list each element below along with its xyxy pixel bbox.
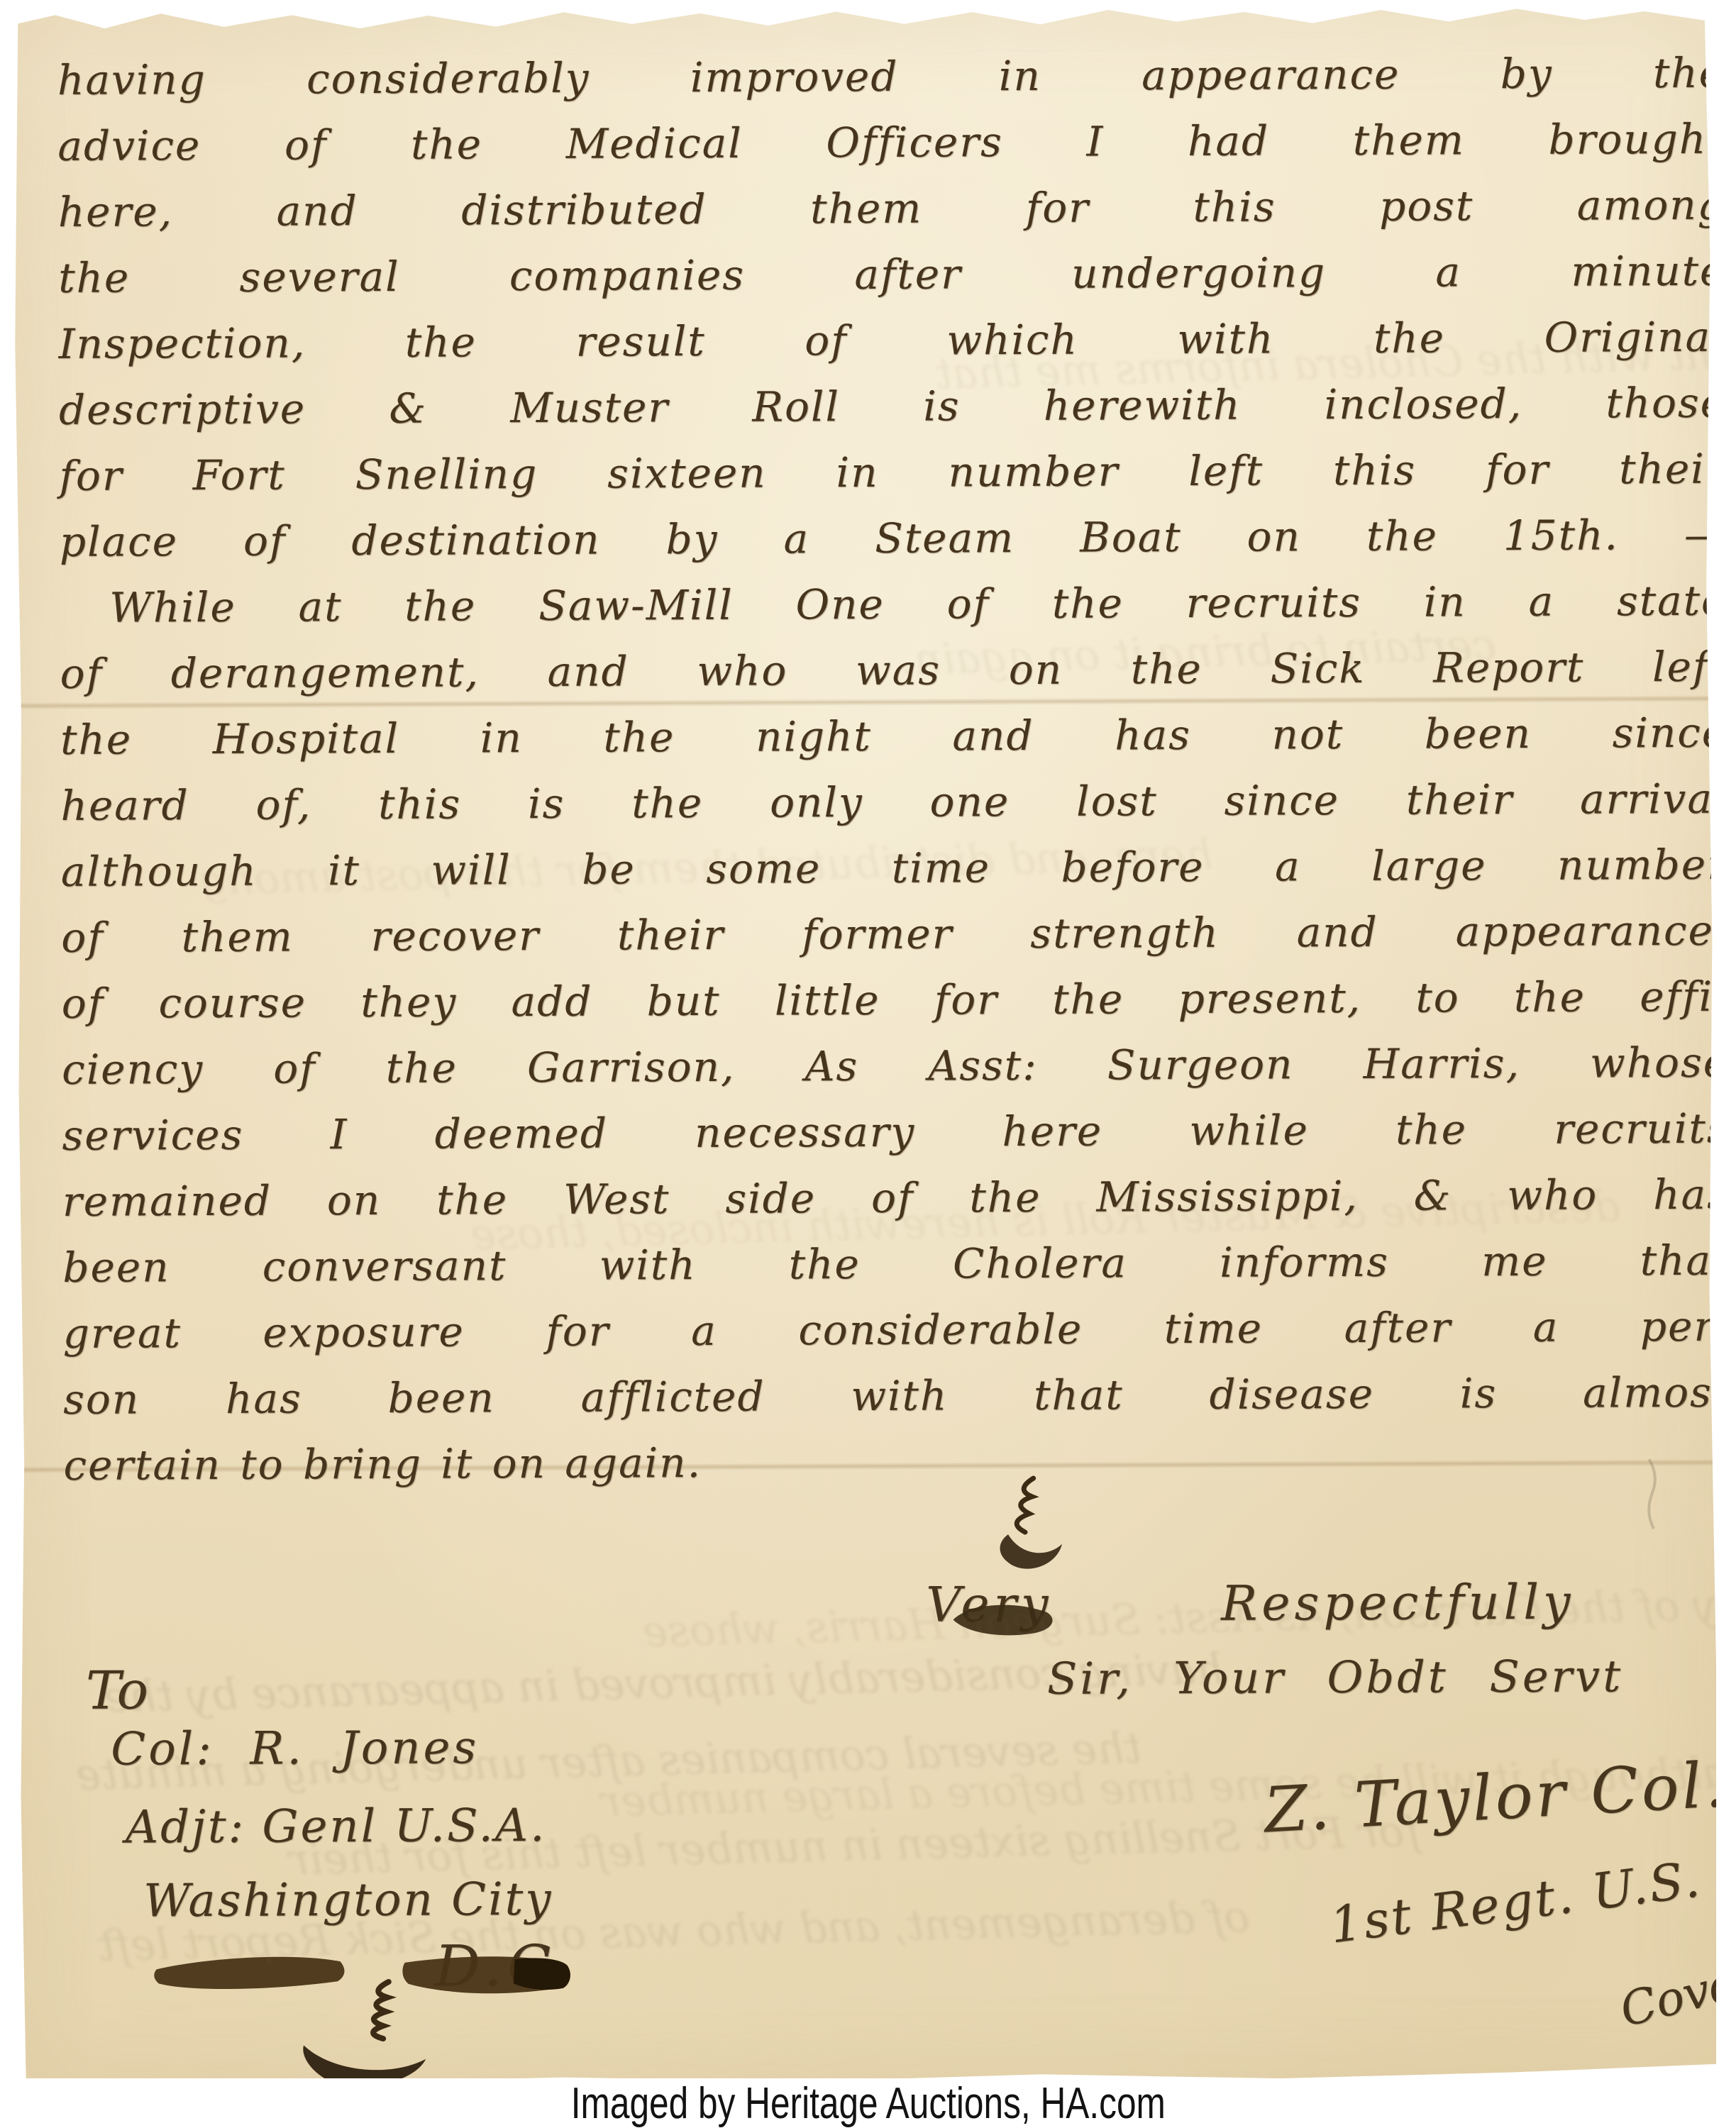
letter-line: certain to bring it on again. <box>63 1438 1730 1486</box>
docket-note: Covd <box>1615 1959 1736 2034</box>
letter-line: heard of, this is the only one lost sinc… <box>60 778 1727 826</box>
letter-line: services I deemed necessary here while t… <box>62 1108 1729 1156</box>
letter-line: of derangement, and who was on the Sick … <box>60 646 1727 694</box>
address-title: Adjt: Genl U.S.A. <box>126 1803 547 1851</box>
signature-name: Z. Taylor Col. <box>1263 1753 1729 1842</box>
letter-line: been conversant with the Cholera informs… <box>62 1240 1730 1288</box>
fold-crease <box>14 695 1715 709</box>
flourish-blob <box>1000 1534 1062 1569</box>
letter-line: advice of the Medical Officers I had the… <box>57 118 1725 167</box>
letter-line: of course they add but little for the pr… <box>62 976 1729 1024</box>
letter-line: for Fort Snelling sixteen in number left… <box>59 448 1726 497</box>
letter-line: great exposure for a considerable time a… <box>63 1306 1730 1354</box>
letter-line: of them recover their former strength an… <box>61 910 1728 958</box>
closing-obdt-servt: Sir, Your Obdt Servt <box>1047 1654 1624 1701</box>
credit-bar: Imaged by Heritage Auctions, HA.com <box>0 2078 1736 2128</box>
letter-line: having considerably improved in appearan… <box>57 52 1725 101</box>
letter-line: the Hospital in the night and has not be… <box>60 712 1727 760</box>
letter-line: remained on the West side of the Mississ… <box>62 1174 1730 1222</box>
letter-line: descriptive & Muster Roll is herewith in… <box>59 382 1726 431</box>
signature-regiment: 1st Regt. U.S. Infy <box>1327 1839 1736 1951</box>
letter-line: the several companies after undergoing a… <box>58 250 1725 299</box>
address-to: To <box>86 1664 148 1717</box>
letter-line: place of destination by a Steam Boat on … <box>60 514 1727 563</box>
closing-respectfully: Very Respectfully <box>926 1579 1574 1630</box>
credit-text: Imaged by Heritage Auctions, HA.com <box>570 2078 1165 2128</box>
address-city: Washington City <box>143 1877 553 1924</box>
flourish-squiggle <box>1017 1478 1034 1532</box>
letter-line: ciency of the Garrison, As Asst: Surgeon… <box>62 1042 1729 1090</box>
letter-line: although it will be some time before a l… <box>61 844 1728 892</box>
letter-body: having considerably improved in appearan… <box>11 5 1713 12</box>
letter-line: here, and distributed them for this post… <box>58 184 1725 233</box>
ink-stroke-left <box>154 1956 344 1989</box>
address-dc: D.C. <box>434 1938 578 1995</box>
letter-line: Inspection, the result of which with the… <box>59 316 1726 365</box>
letter-page: having considerably improved in appearan… <box>11 5 1722 2087</box>
address-recipient: Col: R. Jones <box>111 1725 479 1772</box>
letter-line: While at the Saw-Mill One of the recruit… <box>60 580 1727 628</box>
document-scan: having considerably improved in appearan… <box>0 0 1736 2128</box>
ink-spiral <box>373 1982 389 2039</box>
letter-line: son has been afflicted with that disease… <box>63 1372 1730 1420</box>
